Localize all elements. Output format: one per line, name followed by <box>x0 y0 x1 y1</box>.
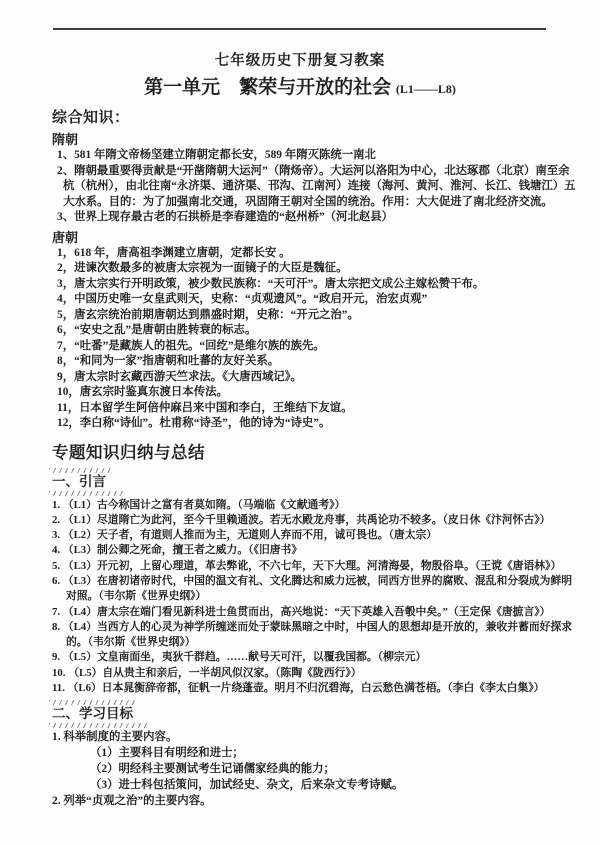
list-item: 1，618 年，唐高祖李渊建立唐朝，定都长安 。 <box>52 246 576 262</box>
list-item: 2、隋朝最重要得贡献是“开凿隋朝大运河”（隋炀帝）。大运河以洛阳为中心，北达琢郡… <box>52 164 576 211</box>
unit-title: 第一单元 繁荣与开放的社会 (L1——L8) <box>0 76 600 101</box>
document-body: 综合知识： 隋朝 1、581 年隋文帝杨坚建立隋朝定都长安，589 年隋灭陈统一… <box>0 109 600 809</box>
list-item: 9，唐太宗时玄藏西游天竺求法。《大唐西域记》。 <box>52 370 576 386</box>
sui-dynasty-heading: 隋朝 <box>52 131 576 148</box>
unit-range: (L1——L8) <box>396 82 456 96</box>
list-item: 6，“安史之乱”是唐朝由胜转衰的标志。 <box>52 323 576 339</box>
overview-heading: 综合知识： <box>52 109 576 128</box>
list-item: 11，日本留学生阿倍仲麻吕来中国和李白，王维结下友谊。 <box>52 401 576 417</box>
document-page: 七年级历史下册复习教案 第一单元 繁荣与开放的社会 (L1——L8) 综合知识：… <box>0 0 600 845</box>
goal-sub-item: （1）主要科目有明经和进士； <box>52 746 576 762</box>
quote-item: 3. （L2）天子者，有道则人推而为主，无道则人弃而不用，诚可畏也。（唐太宗） <box>52 528 576 543</box>
header-rule <box>53 28 546 30</box>
quote-item: 5. （L3）开元初，上留心理道，革去弊讹，不六七年，天下大理。河清海晏，物殷俗… <box>52 559 576 574</box>
list-item: 3、世界上现存最古老的石拱桥是李春建造的“赵州桥”（河北赵县） <box>52 210 576 226</box>
goal-item: 1. 科举制度的主要内容。 <box>52 730 576 746</box>
goal-sub-item: （3）进士科包括策问，加试经史、杂文，后来杂文专考诗赋。 <box>52 778 576 794</box>
quote-item: 9. （L5）文皇南面坐，夷狄千群趋。……献号天可汗，以覆我国都。（柳宗元） <box>52 650 576 665</box>
hatch-decoration <box>49 700 137 705</box>
quote-item: 2. （L1）尽道隋亡为此河，至今千里赖通波。若无水殿龙舟事，共禹论功不较多。（… <box>52 513 576 528</box>
quote-item: 6. （L3）在唐初诸帝时代，中国的温文有礼、文化腾达和威力远被，同西方世界的腐… <box>52 574 576 605</box>
goals-heading: 二、学习目标 <box>52 706 576 722</box>
quote-item: 10. （L5）自从贵主和亲后，一半胡风似汉家。（陈陶《陇西行》） <box>52 666 576 681</box>
goal-sub-item: （2）明经科主要测试考生记诵儒家经典的能力； <box>52 762 576 778</box>
special-topics-heading: 专题知识归纳与总结 <box>52 442 576 463</box>
list-item: 10，唐玄宗时鉴真东渡日本传法。 <box>52 385 576 401</box>
quote-item: 7. （L4）唐太宗在端门看见新科进士鱼贯而出，高兴地说：“天下英雄入吾彀中矣。… <box>52 605 576 620</box>
goal-item: 2. 列举“贞观之治”的主要内容。 <box>52 794 576 810</box>
unit-title-text: 第一单元 繁荣与开放的社会 <box>144 77 391 98</box>
list-item: 12，李白称“诗仙”。杜甫称“诗圣”，他的诗为“诗史”。 <box>52 416 576 432</box>
quote-item: 8. （L4）当西方人的心灵为神学所缠迷而处于蒙昧黑暗之中时，中国人的思想却是开… <box>52 620 576 651</box>
hatch-decoration <box>49 723 147 728</box>
quote-item: 11. （L6）日本晁衡辞帝都，征帆一片绕蓬壶。明月不归沉碧海，白云愁色满苍梧。… <box>52 681 576 696</box>
list-item: 3，唐太宗实行开明政策，被少数民族称：“天可汗”。唐太宗把文成公主嫁松赞干布。 <box>52 277 576 293</box>
list-item: 8，“和同为一家”指唐朝和吐蕃的友好关系。 <box>52 354 576 370</box>
list-item: 4，中国历史唯一女皇武则天，史称：“贞观遗风”。“政启开元，治宏贞观” <box>52 292 576 308</box>
doc-title: 七年级历史下册复习教案 <box>0 52 600 70</box>
tang-dynasty-heading: 唐朝 <box>52 229 576 246</box>
list-item: 2，进谏次数最多的被唐太宗视为一面镜子的大臣是魏征。 <box>52 261 576 277</box>
hatch-decoration <box>49 468 113 473</box>
intro-heading: 一、引言 <box>52 474 576 490</box>
list-item: 5，唐玄宗统治前期唐朝达到鼎盛时期，史称：“开元之治”。 <box>52 308 576 324</box>
list-item: 1、581 年隋文帝杨坚建立隋朝定都长安，589 年隋灭陈统一南北 <box>52 148 576 164</box>
quote-item: 1. （L1）古今称国计之富有者莫如隋。（马端临《文献通考》） <box>52 498 576 513</box>
hatch-decoration <box>49 491 123 496</box>
list-item: 7，“吐番”是藏族人的祖先。“回纥”是维尔族的族先。 <box>52 339 576 355</box>
quote-item: 4. （L3）制公卿之死命，擅王者之威力。（《旧唐书》 <box>52 543 576 558</box>
